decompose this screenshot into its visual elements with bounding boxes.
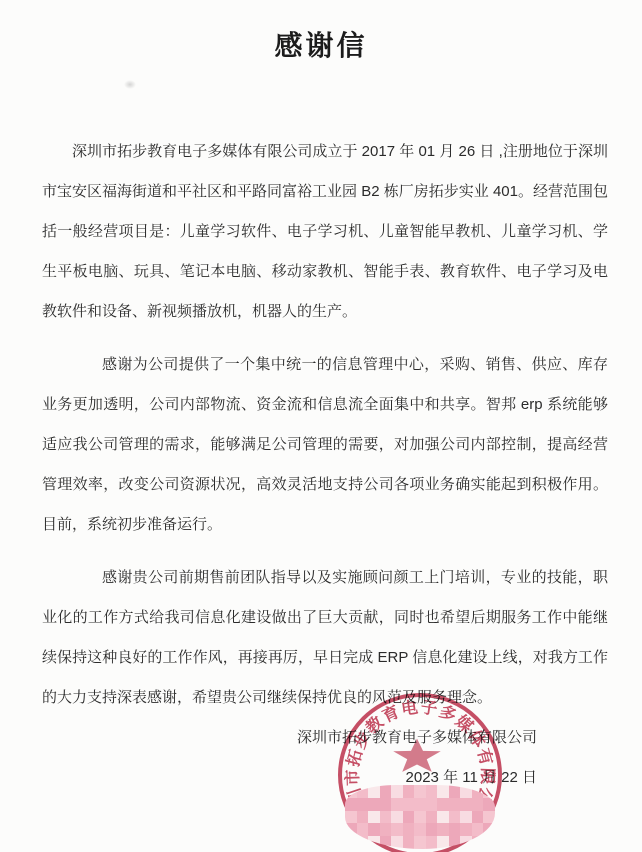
letter-body: 深圳市拓步教育电子多媒体有限公司成立于 2017 年 01 月 26 日 ,注册…: [42, 132, 608, 798]
mosaic-block: [357, 811, 369, 824]
letter-closing: 深圳市拓步教育电子多媒体有限公司 2023 年 11 月 22 日: [42, 718, 608, 798]
mosaic-block: [414, 823, 426, 836]
mosaic-block: [472, 798, 484, 811]
mosaic-block: [483, 823, 495, 836]
mosaic-block: [414, 811, 426, 824]
letter-page: 感谢信 深圳市拓步教育电子多媒体有限公司成立于 2017 年 01 月 26 日…: [0, 0, 642, 852]
mosaic-block: [437, 823, 449, 836]
paragraph-erp-benefits: 感谢为公司提供了一个集中统一的信息管理中心，采购、销售、供应、库存业务更加透明，…: [42, 345, 608, 545]
mosaic-block: [345, 798, 357, 811]
mosaic-block: [368, 798, 380, 811]
mosaic-block: [368, 823, 380, 836]
mosaic-block: [449, 811, 461, 824]
mosaic-block: [391, 823, 403, 836]
mosaic-block: [449, 798, 461, 811]
mosaic-block: [380, 798, 392, 811]
mosaic-block: [403, 836, 415, 849]
mosaic-block: [426, 823, 438, 836]
mosaic-block: [460, 811, 472, 824]
mosaic-block: [391, 836, 403, 849]
mosaic-block: [460, 836, 472, 849]
mosaic-block: [426, 836, 438, 849]
mosaic-block: [449, 823, 461, 836]
mosaic-block: [483, 836, 495, 849]
mosaic-block: [391, 811, 403, 824]
mosaic-block: [345, 836, 357, 849]
signature-company: 深圳市拓步教育电子多媒体有限公司: [42, 718, 537, 758]
mosaic-block: [357, 798, 369, 811]
paragraph-thanks: 感谢贵公司前期售前团队指导以及实施顾问颜工上门培训，专业的技能，职业化的工作方式…: [42, 558, 608, 718]
mosaic-block: [345, 811, 357, 824]
mosaic-block: [414, 836, 426, 849]
mosaic-block: [437, 798, 449, 811]
mosaic-block: [403, 811, 415, 824]
mosaic-block: [426, 798, 438, 811]
mosaic-block: [368, 836, 380, 849]
mosaic-block: [460, 798, 472, 811]
mosaic-block: [391, 798, 403, 811]
mosaic-block: [449, 836, 461, 849]
mosaic-block: [483, 798, 495, 811]
mosaic-block: [460, 823, 472, 836]
mosaic-block: [472, 836, 484, 849]
mosaic-block: [380, 823, 392, 836]
mosaic-block: [437, 836, 449, 849]
mosaic-block: [403, 823, 415, 836]
mosaic-block: [472, 823, 484, 836]
letter-title: 感谢信: [0, 30, 642, 62]
mosaic-block: [357, 836, 369, 849]
paragraph-company-intro: 深圳市拓步教育电子多媒体有限公司成立于 2017 年 01 月 26 日 ,注册…: [42, 132, 608, 332]
scan-smudge: [124, 80, 136, 89]
mosaic-block: [483, 811, 495, 824]
mosaic-block: [368, 811, 380, 824]
mosaic-block: [403, 798, 415, 811]
mosaic-block: [345, 823, 357, 836]
mosaic-block: [357, 823, 369, 836]
mosaic-block: [472, 811, 484, 824]
mosaic-block: [414, 798, 426, 811]
mosaic-block: [380, 836, 392, 849]
signature-date: 2023 年 11 月 22 日: [42, 758, 537, 798]
mosaic-block: [437, 811, 449, 824]
mosaic-block: [380, 811, 392, 824]
mosaic-block: [426, 811, 438, 824]
